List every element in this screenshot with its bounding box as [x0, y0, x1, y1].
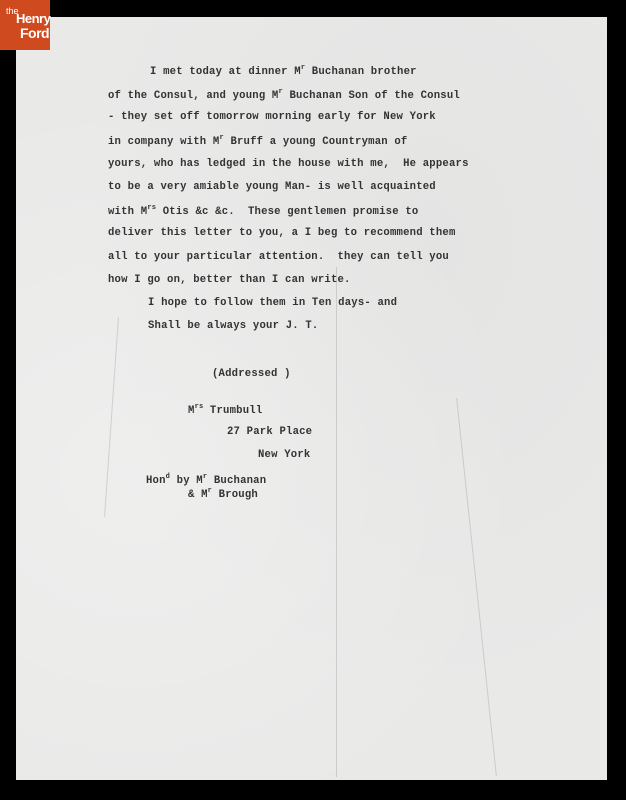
paper-crease	[456, 398, 497, 776]
letter-line-10: how I go on, better than I can write.	[108, 274, 351, 286]
paper-crease	[104, 317, 119, 517]
letter-page	[16, 17, 607, 780]
paper-crease	[336, 267, 337, 777]
letter-line-8: deliver this letter to you, a I beg to r…	[108, 227, 456, 239]
logo-ford: Ford	[20, 26, 49, 40]
recipient-city: New York	[258, 449, 310, 461]
letter-line-4: in company with Mr Bruff a young Country…	[108, 134, 408, 148]
logo-henry: Henry	[16, 12, 50, 25]
letter-line-1: I met today at dinner Mr Buchanan brothe…	[150, 64, 417, 78]
letter-line-11: I hope to follow them in Ten days- and	[148, 297, 397, 309]
henry-ford-logo: the Henry Ford	[0, 0, 50, 50]
letter-line-2: of the Consul, and young Mr Buchanan Son…	[108, 88, 460, 102]
letter-line-5: yours, who has ledged in the house with …	[108, 158, 469, 170]
hond-line-2: & Mr Brough	[188, 487, 258, 501]
hond-line-1: Hond by Mr Buchanan	[146, 473, 266, 487]
letter-line-7: with Mrs Otis &c &c. These gentlemen pro…	[108, 204, 418, 218]
recipient-street: 27 Park Place	[227, 426, 312, 438]
addressed-label: (Addressed )	[212, 368, 291, 380]
letter-line-6: to be a very amiable young Man- is well …	[108, 181, 436, 193]
letter-line-12: Shall be always your J. T.	[148, 320, 319, 332]
letter-line-9: all to your particular attention. they c…	[108, 251, 449, 263]
letter-line-3: - they set off tomorrow morning early fo…	[108, 111, 436, 123]
recipient-name: Mrs Trumbull	[188, 403, 262, 417]
